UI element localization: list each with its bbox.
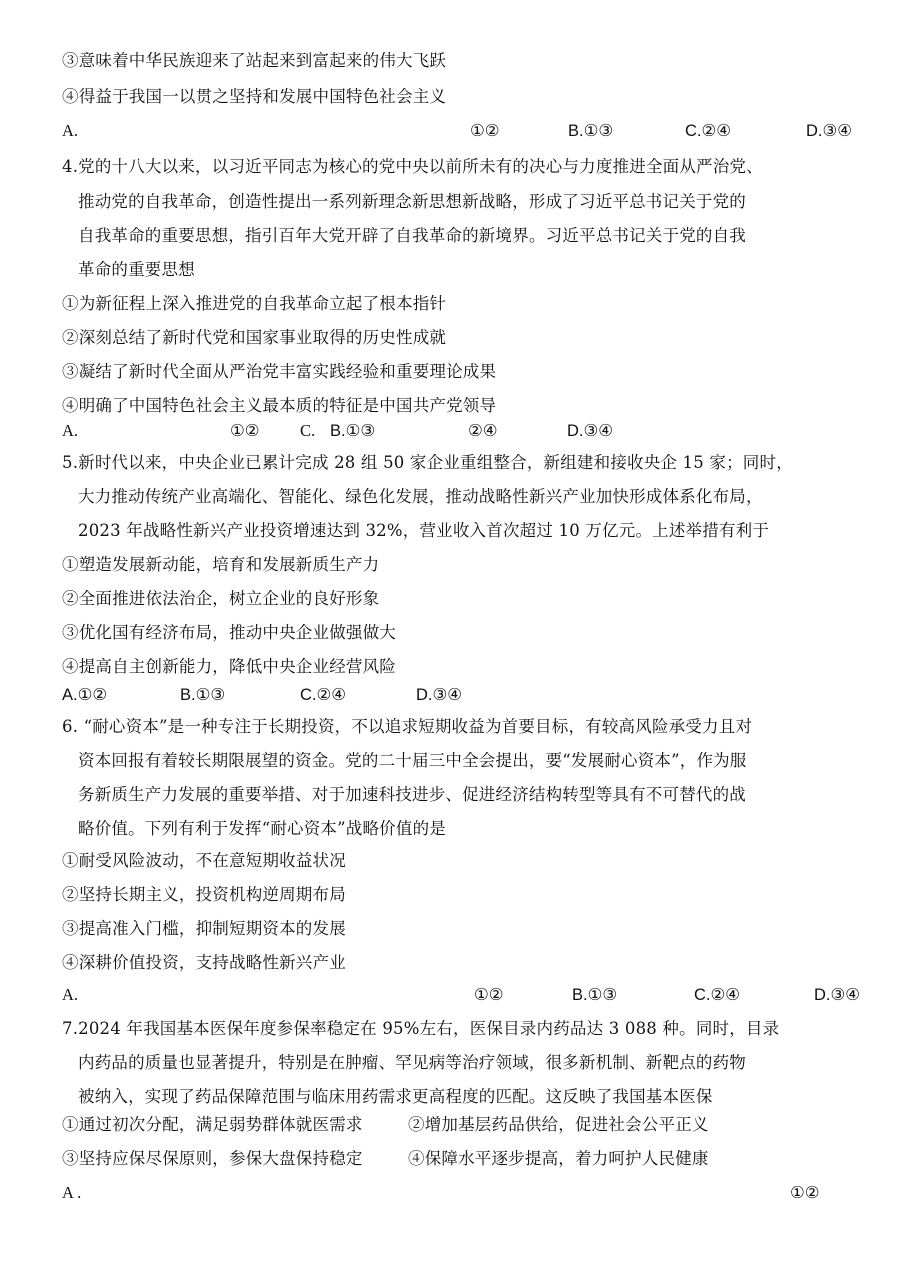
q4-stem-line-4: 革命的重要思想 [78,259,195,281]
q6-option-2: ②坚持长期主义，投资机构逆周期布局 [62,884,346,906]
q4-stem-line-2: 推动党的自我革命，创造性提出一系列新理念新思想新战略，形成了习近平总书记关于党的 [78,191,746,213]
q4-choice-b: B.①③ [330,420,375,442]
q5-stem-line-1: 5.新时代以来，中央企业已累计完成 28 组 50 家企业重组整合，新组建和接收… [62,452,793,474]
q5-choice-b: B.①③ [180,684,225,706]
q6-choice-b: B.①③ [572,984,617,1006]
q5-choice-c: C.②④ [300,684,346,706]
q4-choice-a: ①② [230,420,260,442]
q4-choice-a-label: A. [62,420,78,442]
q6-stem-line-1: 6. “耐心资本”是一种专注于长期投资，不以追求短期收益为首要目标，有较高风险承… [62,716,752,738]
q7-choice-a: ①② [790,1182,820,1204]
q4-stem-line-3: 自我革命的重要思想，指引百年大党开辟了自我革命的新境界。习近平总书记关于党的自我 [78,225,746,247]
q6-stem-line-4: 略价值。下列有利于发挥“耐心资本”战略价值的是 [78,818,446,840]
q5-option-4: ④提高自主创新能力，降低中央企业经营风险 [62,656,396,678]
q3-option-4: ④得益于我国一以贯之坚持和发展中国特色社会主义 [62,86,446,108]
q7-stem-line-3: 被纳入，实现了药品保障范围与临床用药需求更高程度的匹配。这反映了我国基本医保 [78,1086,713,1108]
q5-option-2: ②全面推进依法治企，树立企业的良好形象 [62,588,379,610]
q6-stem-line-3: 务新质生产力发展的重要举措、对于加速科技进步、促进经济结构转型等具有不可替代的战 [78,784,746,806]
q3-choice-a-label: A. [62,120,78,142]
q4-choice-d: D.③④ [567,420,613,442]
q3-choice-d: D.③④ [806,120,852,142]
q7-choice-a-label: A . [62,1182,81,1204]
q3-choice-b: B.①③ [568,120,613,142]
q4-option-1: ①为新征程上深入推进党的自我革命立起了根本指针 [62,293,446,315]
q6-choice-c: C.②④ [694,984,740,1006]
q5-option-1: ①塑造发展新动能，培育和发展新质生产力 [62,554,379,576]
q3-option-3: ③意味着中华民族迎来了站起来到富起来的伟大飞跃 [62,50,446,72]
q4-choice-c: ②④ [468,420,498,442]
q7-option-2: ②增加基层药品供给，促进社会公平正义 [408,1114,709,1136]
q7-stem-line-2: 内药品的质量也显著提升，特别是在肿瘤、罕见病等治疗领域，很多新机制、新靶点的药物 [78,1052,746,1074]
q6-option-1: ①耐受风险波动，不在意短期收益状况 [62,850,346,872]
q3-choice-c: C.②④ [685,120,731,142]
q5-choice-a: A.①② [62,684,107,706]
q4-stem-line-1: 4.党的十八大以来，以习近平同志为核心的党中央以前所未有的决心与力度推进全面从严… [62,156,763,178]
q3-choice-a: ①② [470,120,500,142]
q6-choice-a-label: A. [62,984,78,1006]
q6-stem-line-2: 资本回报有着较长期限展望的资金。党的二十届三中全会提出，要“发展耐心资本”，作为… [78,750,747,772]
q6-choice-d: D.③④ [814,984,860,1006]
q6-choice-a: ①② [474,984,504,1006]
q7-option-3: ③坚持应保尽保原则，参保大盘保持稳定 [62,1148,363,1170]
q4-option-4: ④明确了中国特色社会主义最本质的特征是中国共产党领导 [62,395,496,417]
q5-stem-line-2: 大力推动传统产业高端化、智能化、绿色化发展，推动战略性新兴产业加快形成体系化布局… [78,486,763,508]
q7-option-4: ④保障水平逐步提高，着力呵护人民健康 [408,1148,709,1170]
q4-choice-c-label: C. [300,420,315,442]
q5-option-3: ③优化国有经济布局，推动中央企业做强做大 [62,622,396,644]
q4-option-2: ②深刻总结了新时代党和国家事业取得的历史性成就 [62,327,446,349]
q6-option-4: ④深耕价值投资，支持战略性新兴产业 [62,952,346,974]
q5-stem-line-3: 2023 年战略性新兴产业投资增速达到 32%，营业收入首次超过 10 万亿元。… [78,520,769,542]
q7-stem-line-1: 7.2024 年我国基本医保年度参保率稳定在 95%左右，医保目录内药品达 3 … [62,1018,779,1040]
q5-choice-d: D.③④ [416,684,462,706]
q6-option-3: ③提高准入门槛，抑制短期资本的发展 [62,918,346,940]
q4-option-3: ③凝结了新时代全面从严治党丰富实践经验和重要理论成果 [62,361,496,383]
q7-option-1: ①通过初次分配，满足弱势群体就医需求 [62,1114,363,1136]
